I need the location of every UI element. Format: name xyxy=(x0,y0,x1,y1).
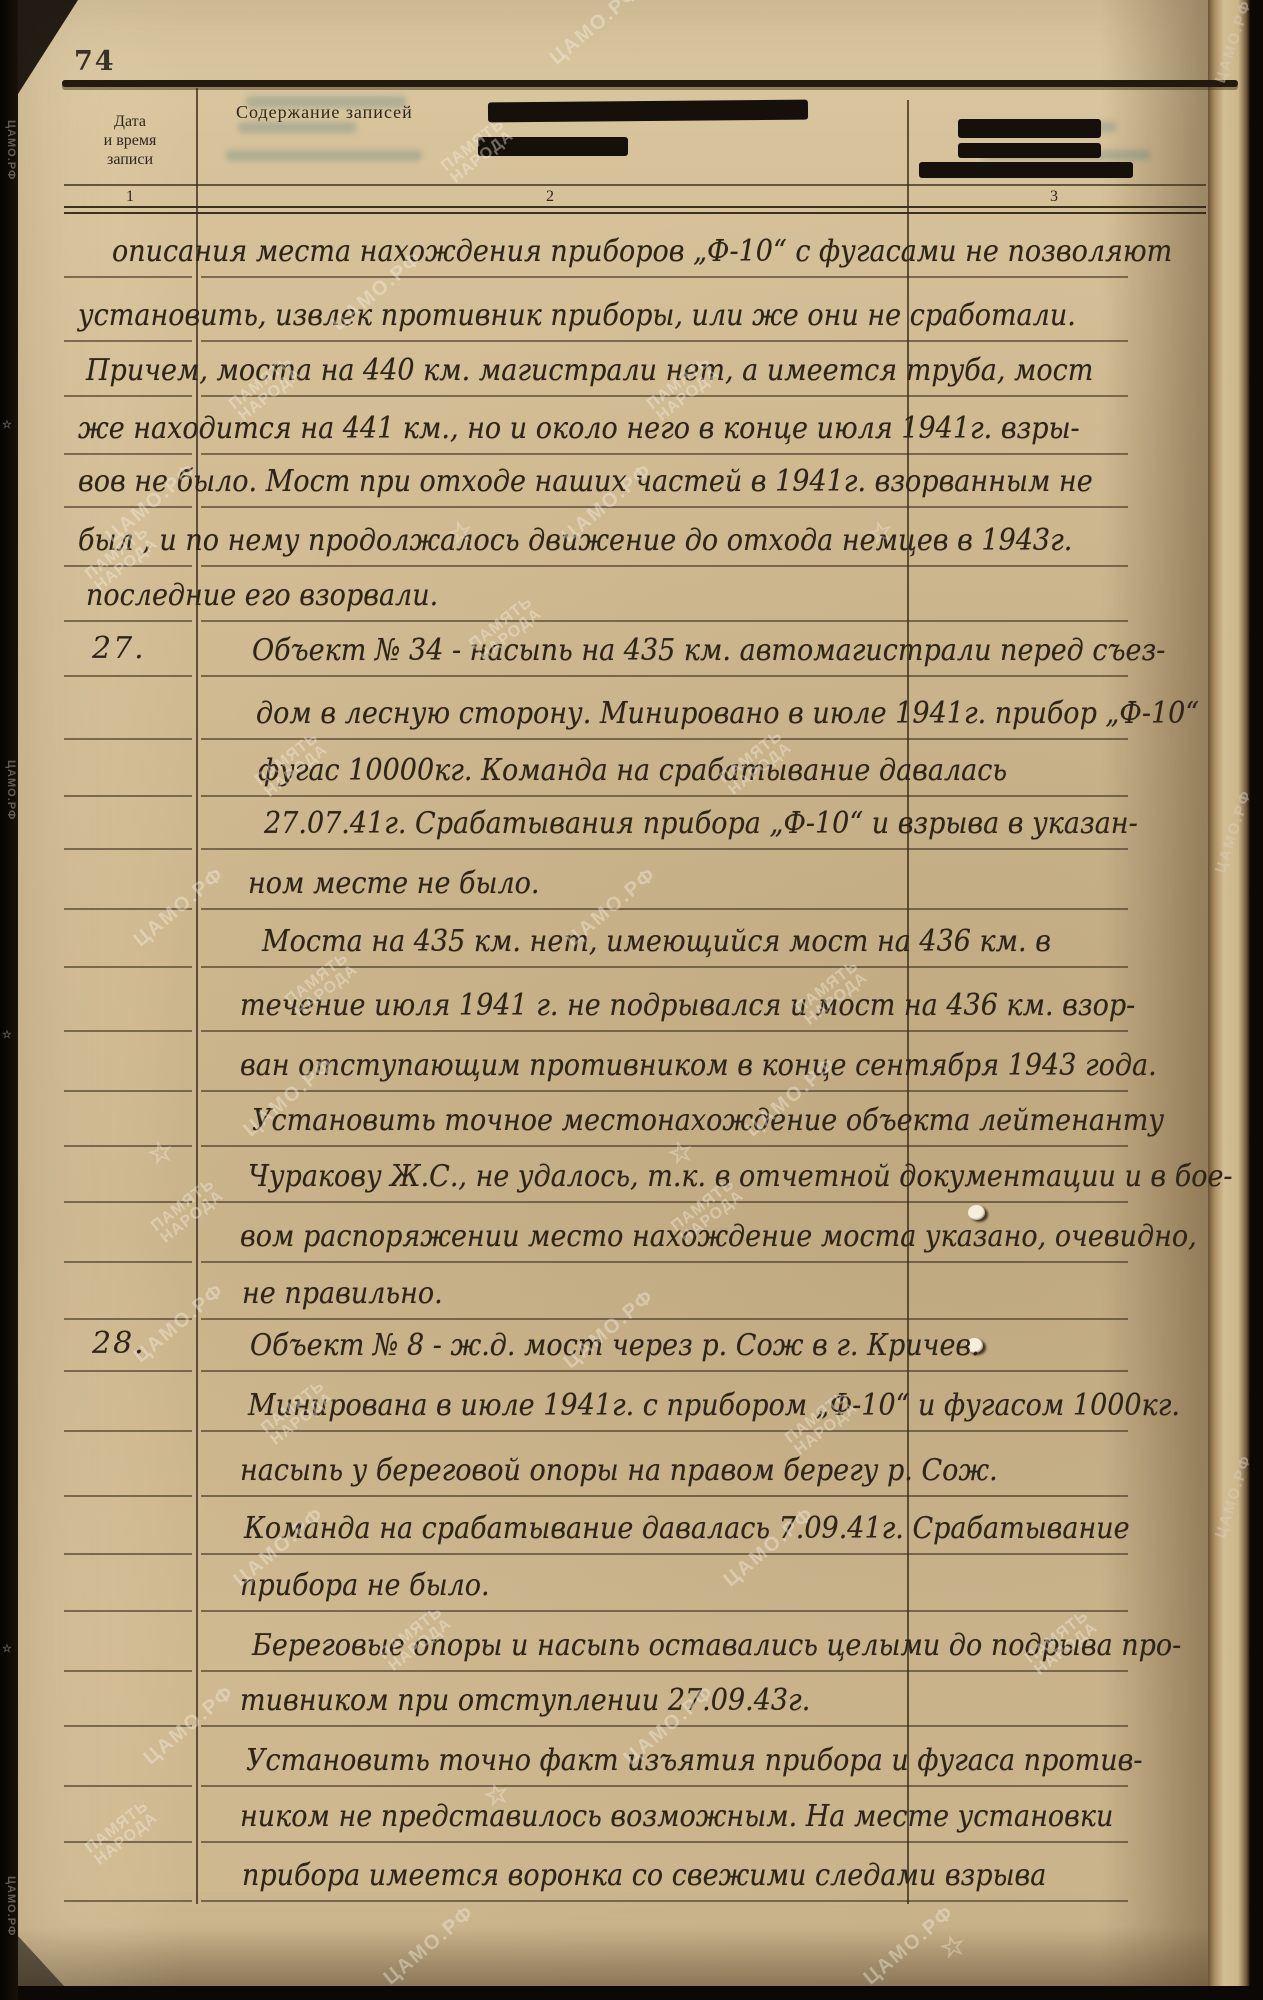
ruled-line xyxy=(201,1145,1128,1147)
handwritten-line: Объект № 34 - насыпь на 435 км. автомаги… xyxy=(252,633,1165,668)
adjacent-page-edge xyxy=(1208,0,1250,1986)
entry-number: 27. xyxy=(92,631,146,666)
handwritten-line: тивником при отступлении 27.09.43г. xyxy=(240,1683,810,1718)
handwritten-line: Моста на 435 км. нет, имеющийся мост на … xyxy=(262,924,1051,959)
handwritten-line: не правильно. xyxy=(242,1276,443,1311)
table-top-border xyxy=(62,80,1238,87)
handwritten-line: Объект № 8 - ж.д. мост через р. Сож в г.… xyxy=(250,1328,980,1363)
ruled-line-left xyxy=(64,1261,192,1263)
ruled-line-left xyxy=(64,1201,192,1203)
ruled-line xyxy=(201,1670,1128,1672)
ruled-line xyxy=(201,1090,1128,1092)
ruled-line-left xyxy=(64,738,192,740)
ruled-line xyxy=(201,1725,1128,1727)
ruled-line-left xyxy=(64,1610,192,1612)
ruled-line xyxy=(201,1318,1128,1320)
handwritten-line: ван отступающим противником в конце сент… xyxy=(240,1048,1157,1083)
redaction-bar xyxy=(478,137,628,156)
ruled-line xyxy=(201,1201,1128,1203)
scanned-document-page: 74 Дата и время записи Содержание записе… xyxy=(0,0,1263,2000)
page-number: 74 xyxy=(74,46,116,77)
header-rule xyxy=(64,184,1206,186)
handwritten-line: течение июля 1941 г. не подрывался и мос… xyxy=(240,988,1135,1023)
ruled-line-left xyxy=(64,1670,192,1672)
faded-stamp-mark xyxy=(226,150,422,161)
ruled-line xyxy=(201,1030,1128,1032)
ruled-line xyxy=(201,1610,1128,1612)
header-double-rule-2 xyxy=(64,212,1206,214)
ruled-line xyxy=(201,1785,1128,1787)
ruled-line xyxy=(201,453,1128,455)
ruled-line-left xyxy=(64,1430,192,1432)
ruled-line-left xyxy=(64,1495,192,1497)
handwritten-line: вов не было. Мост при отходе наших часте… xyxy=(78,464,1093,499)
ruled-line-left xyxy=(64,1370,192,1372)
faded-stamp-mark xyxy=(246,96,406,108)
column-number-1: 1 xyxy=(126,188,134,206)
ruled-line-left xyxy=(64,848,192,850)
ruled-line xyxy=(201,1370,1128,1372)
ruled-line-left xyxy=(64,620,192,622)
ruled-line xyxy=(201,340,1128,342)
ruled-line-left xyxy=(64,395,192,397)
ruled-line-left xyxy=(64,1553,192,1555)
redaction-bar xyxy=(958,143,1101,158)
ruled-line xyxy=(201,908,1128,910)
handwritten-line: описания места нахождения приборов „Ф-10… xyxy=(112,234,1172,269)
ruled-line xyxy=(201,1900,1128,1902)
ruled-line xyxy=(201,738,1128,740)
ruled-line xyxy=(201,675,1128,677)
ruled-line-left xyxy=(64,453,192,455)
ruled-line xyxy=(201,1261,1128,1263)
punch-hole xyxy=(968,1205,985,1220)
handwritten-line: Береговые опоры и насыпь оставались целы… xyxy=(252,1628,1181,1663)
handwritten-line: прибора имеется воронка со свежими следа… xyxy=(242,1858,1046,1893)
ruled-line xyxy=(201,1841,1128,1843)
redaction-bar xyxy=(919,162,1133,178)
handwritten-line: вом распоряжении место нахождение моста … xyxy=(240,1219,1197,1254)
ruled-line xyxy=(201,276,1128,278)
scan-left-edge xyxy=(0,0,18,2000)
header-line: и время xyxy=(64,131,196,150)
handwritten-line: дом в лесную сторону. Минировано в июле … xyxy=(256,696,1199,731)
ruled-line xyxy=(201,1495,1128,1497)
redaction-bar xyxy=(958,119,1101,138)
handwritten-line: ником не представилось возможным. На мес… xyxy=(240,1799,1113,1834)
ruled-line-left xyxy=(64,565,192,567)
column-number-2: 2 xyxy=(546,188,554,206)
handwritten-line: Минирована в июле 1941г. с прибором „Ф-1… xyxy=(248,1388,1180,1423)
ruled-line xyxy=(201,506,1128,508)
ruled-line-left xyxy=(64,340,192,342)
ruled-line-left xyxy=(64,1725,192,1727)
ruled-line xyxy=(201,966,1128,968)
handwritten-line: Установить точное местонахождение объект… xyxy=(252,1103,1164,1138)
handwritten-line: Чуракову Ж.С., не удалось, т.к. в отчетн… xyxy=(248,1159,1233,1194)
handwritten-line: же находится на 441 км., но и около него… xyxy=(78,411,1080,446)
redaction-bar xyxy=(488,100,808,123)
ruled-line-left xyxy=(64,276,192,278)
ruled-line xyxy=(201,1430,1128,1432)
handwritten-line: установить, извлек противник приборы, ил… xyxy=(78,298,1076,333)
handwritten-line: прибора не было. xyxy=(240,1568,490,1603)
ruled-line xyxy=(201,848,1128,850)
handwritten-line: последние его взорвали. xyxy=(86,578,438,613)
header-line: Дата xyxy=(64,112,196,131)
header-line: записи xyxy=(64,150,196,169)
ruled-line-left xyxy=(64,795,192,797)
ruled-line-left xyxy=(64,1841,192,1843)
ruled-line xyxy=(201,795,1128,797)
handwritten-line: Причем, моста на 440 км. магистрали нет,… xyxy=(86,353,1093,388)
ruled-line-left xyxy=(64,506,192,508)
ruled-line-left xyxy=(64,1090,192,1092)
ruled-line-left xyxy=(64,1318,192,1320)
ruled-line-left xyxy=(64,1900,192,1902)
ruled-line xyxy=(201,395,1128,397)
handwritten-line: насыпь у береговой опоры на правом берег… xyxy=(240,1453,998,1488)
column-number-3: 3 xyxy=(1050,188,1058,206)
handwritten-line: фугас 10000кг. Команда на срабатывание д… xyxy=(258,753,1007,788)
column-header-date: Дата и время записи xyxy=(64,112,196,169)
ruled-line xyxy=(201,620,1128,622)
ruled-line-left xyxy=(64,675,192,677)
header-double-rule-1 xyxy=(64,206,1206,208)
ruled-line-left xyxy=(64,966,192,968)
entry-number: 28. xyxy=(92,1326,146,1361)
ruled-line-left xyxy=(64,1030,192,1032)
handwritten-line: был , и по нему продолжалось движение до… xyxy=(78,523,1072,558)
handwritten-line: 27.07.41г. Срабатывания прибора „Ф-10“ и… xyxy=(264,806,1138,841)
ruled-line-left xyxy=(64,1785,192,1787)
ruled-line-left xyxy=(64,1145,192,1147)
handwritten-line: Команда на срабатывание давалась 7.09.41… xyxy=(244,1511,1130,1546)
ruled-line-left xyxy=(64,908,192,910)
faded-stamp-mark xyxy=(238,122,356,133)
ruled-line xyxy=(201,565,1128,567)
handwritten-line: Установить точно факт изъятия прибора и … xyxy=(246,1743,1142,1778)
ruled-line xyxy=(201,1553,1128,1555)
handwritten-line: ном месте не было. xyxy=(248,866,540,901)
